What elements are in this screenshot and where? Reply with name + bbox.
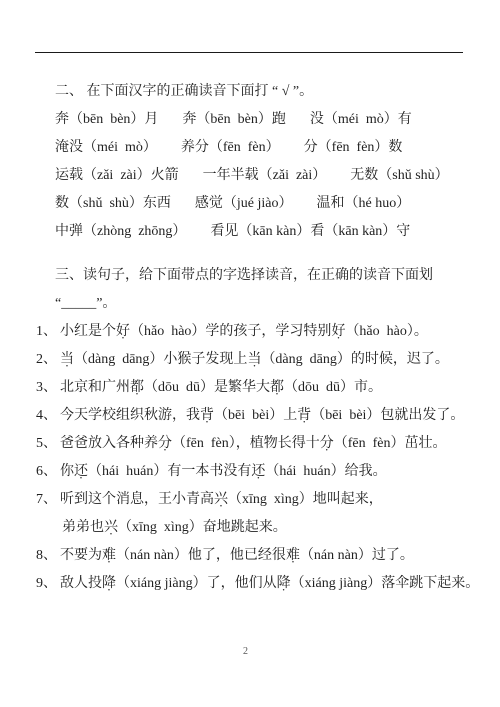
sentence-text: 今天学校组织秋游，我 bbox=[60, 408, 200, 423]
pinyin-choice-phrase: 一年半载（zǎi zài） bbox=[203, 162, 327, 190]
pinyin-choice-phrase: 运载（zǎi zài）火箭 bbox=[55, 162, 179, 190]
pinyin-choice-phrase: 淹没（méi mò） bbox=[55, 134, 157, 162]
section3-items: 1、小红是个好（hǎo hào）学的孩子，学习特别好（hǎo hào）。2、当（… bbox=[36, 318, 482, 598]
sentence-text: 不要为 bbox=[60, 548, 102, 563]
pinyin-choice-phrase: 感觉（jué jiào） bbox=[195, 190, 293, 218]
section2-rows: 奔（bēn bèn）月奔（bēn bèn）跑没（méi mò）有淹没（méi m… bbox=[55, 106, 482, 246]
worksheet-page: 二、 在下面汉字的正确读音下面打 “ √ ”。 奔（bēn bèn）月奔（bēn… bbox=[0, 0, 500, 707]
pinyin-choice-phrase: 奔（bēn bèn）月 bbox=[55, 106, 158, 134]
section-two-title: 二、 在下面汉字的正确读音下面打 “ √ ”。 bbox=[55, 78, 482, 106]
section-three: 三、读句子，给下面带点的字选择读音，在正确的读音下面划 “_____”。 1、小… bbox=[36, 262, 482, 598]
pinyin-choice-row: 运载（zǎi zài）火箭一年半载（zǎi zài）无数（shǔ shù） bbox=[55, 162, 482, 190]
sentence-text: （bēi bèi）包就出发了。 bbox=[311, 408, 464, 423]
sentence-text: 弟弟也 bbox=[62, 520, 104, 535]
sentence-text: （xīng xìng）地叫起来， bbox=[228, 492, 383, 507]
dotted-character: 好 bbox=[116, 324, 130, 339]
sentence-line: 1、小红是个好（hǎo hào）学的孩子，学习特别好（hǎo hào）。 bbox=[36, 318, 482, 346]
pinyin-choice-row: 数（shǔ shù）东西感觉（jué jiào）温和（hé huo） bbox=[55, 190, 482, 218]
item-number: 6、 bbox=[36, 464, 57, 479]
sentence-text: 你 bbox=[60, 464, 74, 479]
sentence-text: （hǎo hào）学的孩子，学习特别 bbox=[130, 324, 331, 339]
sentence-text: （nán nàn）过了。 bbox=[300, 548, 414, 563]
sentence-text: 敌人投 bbox=[60, 576, 102, 591]
dotted-character: 好 bbox=[331, 324, 345, 339]
pinyin-choice-phrase: 无数（shǔ shù） bbox=[350, 162, 448, 190]
dotted-character: 还 bbox=[74, 464, 88, 479]
sentence-text: 小红是个 bbox=[60, 324, 116, 339]
pinyin-choice-phrase: 温和（hé huo） bbox=[317, 190, 411, 218]
pinyin-choice-row: 淹没（méi mò）养分（fēn fèn）分（fēn fèn）数 bbox=[55, 134, 482, 162]
page-content: 二、 在下面汉字的正确读音下面打 “ √ ”。 奔（bēn bèn）月奔（bēn… bbox=[36, 78, 482, 598]
item-number: 4、 bbox=[36, 408, 57, 423]
item-number: 3、 bbox=[36, 380, 57, 395]
pinyin-choice-phrase: 分（fēn fèn）数 bbox=[304, 134, 403, 162]
pinyin-choice-phrase: 养分（fēn fèn） bbox=[181, 134, 280, 162]
sentence-text: 北京和广州 bbox=[60, 380, 130, 395]
sentence-text: （dàng dāng）的时候，迟了。 bbox=[261, 352, 448, 367]
dotted-character: 背 bbox=[297, 408, 311, 423]
dotted-character: 还 bbox=[251, 464, 265, 479]
item-number: 1、 bbox=[36, 324, 57, 339]
dotted-character: 当 bbox=[60, 352, 74, 367]
page-number: 2 bbox=[243, 646, 248, 657]
sentence-text: （hái huán）给我。 bbox=[265, 464, 386, 479]
dotted-character: 降 bbox=[277, 576, 291, 591]
item-number: 8、 bbox=[36, 548, 57, 563]
sentence-line: 7、听到这个消息，王小青高兴（xīng xìng）地叫起来， bbox=[36, 486, 482, 514]
sentence-line: 2、当（dàng dāng）小猴子发现上当（dàng dāng）的时候，迟了。 bbox=[36, 346, 482, 374]
section-two: 二、 在下面汉字的正确读音下面打 “ √ ”。 奔（bēn bèn）月奔（bēn… bbox=[36, 78, 482, 246]
pinyin-choice-phrase: 没（méi mò）有 bbox=[310, 106, 412, 134]
section-three-title: 三、读句子，给下面带点的字选择读音，在正确的读音下面划 “_____”。 bbox=[55, 262, 482, 318]
sentence-text: （dōu dū）是繁华大 bbox=[144, 380, 270, 395]
sentence-line: 8、不要为难（nán nàn）他了，他已经很难（nán nàn）过了。 bbox=[36, 542, 482, 570]
sentence-text: （bēi bèi）上 bbox=[214, 408, 297, 423]
sentence-line: 3、北京和广州都（dōu dū）是繁华大都（dōu dū）市。 bbox=[36, 374, 482, 402]
dotted-character: 难 bbox=[286, 548, 300, 563]
dotted-character: 背 bbox=[200, 408, 214, 423]
sentence-text: （hái huán）有一本书没有 bbox=[88, 464, 251, 479]
sentence-line: 弟弟也兴（xīng xìng）奋地跳起来。 bbox=[36, 514, 482, 542]
item-number: 2、 bbox=[36, 352, 57, 367]
sentence-text: （hǎo hào）。 bbox=[345, 324, 427, 339]
sentence-text: （xiáng jiàng）了，他们从 bbox=[116, 576, 277, 591]
pinyin-choice-phrase: 奔（bēn bèn）跑 bbox=[182, 106, 285, 134]
sentence-text: （fēn fèn），植物长得十 bbox=[172, 436, 320, 451]
dotted-character: 分 bbox=[320, 436, 334, 451]
header-divider-line bbox=[35, 52, 463, 53]
sentence-line: 4、今天学校组织秋游，我背（bēi bèi）上背（bēi bèi）包就出发了。 bbox=[36, 402, 482, 430]
dotted-character: 兴 bbox=[104, 520, 118, 535]
dotted-character: 难 bbox=[102, 548, 116, 563]
sentence-text: 听到这个消息，王小青高 bbox=[60, 492, 214, 507]
dotted-character: 降 bbox=[102, 576, 116, 591]
item-number: 9、 bbox=[36, 576, 57, 591]
pinyin-choice-phrase: 中弹（zhòng zhōng） bbox=[55, 218, 186, 246]
pinyin-choice-row: 奔（bēn bèn）月奔（bēn bèn）跑没（méi mò）有 bbox=[55, 106, 482, 134]
dotted-character: 分 bbox=[158, 436, 172, 451]
sentence-text: 爸爸放入各种养 bbox=[60, 436, 158, 451]
item-number: 7、 bbox=[36, 492, 57, 507]
pinyin-choice-phrase: 看见（kān kàn）看（kān kàn）守 bbox=[210, 218, 410, 246]
sentence-text: （xiáng jiàng）落伞跳下起来。 bbox=[291, 576, 480, 591]
sentence-text: （nán nàn）他了，他已经很 bbox=[116, 548, 286, 563]
sentence-line: 5、爸爸放入各种养分（fēn fèn），植物长得十分（fēn fèn）茁壮。 bbox=[36, 430, 482, 458]
dotted-character: 兴 bbox=[214, 492, 228, 507]
pinyin-choice-row: 中弹（zhòng zhōng）看见（kān kàn）看（kān kàn）守 bbox=[55, 218, 482, 246]
pinyin-choice-phrase: 数（shǔ shù）东西 bbox=[55, 190, 171, 218]
sentence-text: （fēn fèn）茁壮。 bbox=[334, 436, 447, 451]
sentence-line: 9、敌人投降（xiáng jiàng）了，他们从降（xiáng jiàng）落伞… bbox=[36, 570, 482, 598]
dotted-character: 都 bbox=[270, 380, 284, 395]
sentence-text: （xīng xìng）奋地跳起来。 bbox=[118, 520, 287, 535]
item-number: 5、 bbox=[36, 436, 57, 451]
sentence-text: （dōu dū）市。 bbox=[284, 380, 382, 395]
dotted-character: 当 bbox=[247, 352, 261, 367]
sentence-text: （dàng dāng）小猴子发现上 bbox=[74, 352, 247, 367]
sentence-line: 6、你还（hái huán）有一本书没有还（hái huán）给我。 bbox=[36, 458, 482, 486]
dotted-character: 都 bbox=[130, 380, 144, 395]
